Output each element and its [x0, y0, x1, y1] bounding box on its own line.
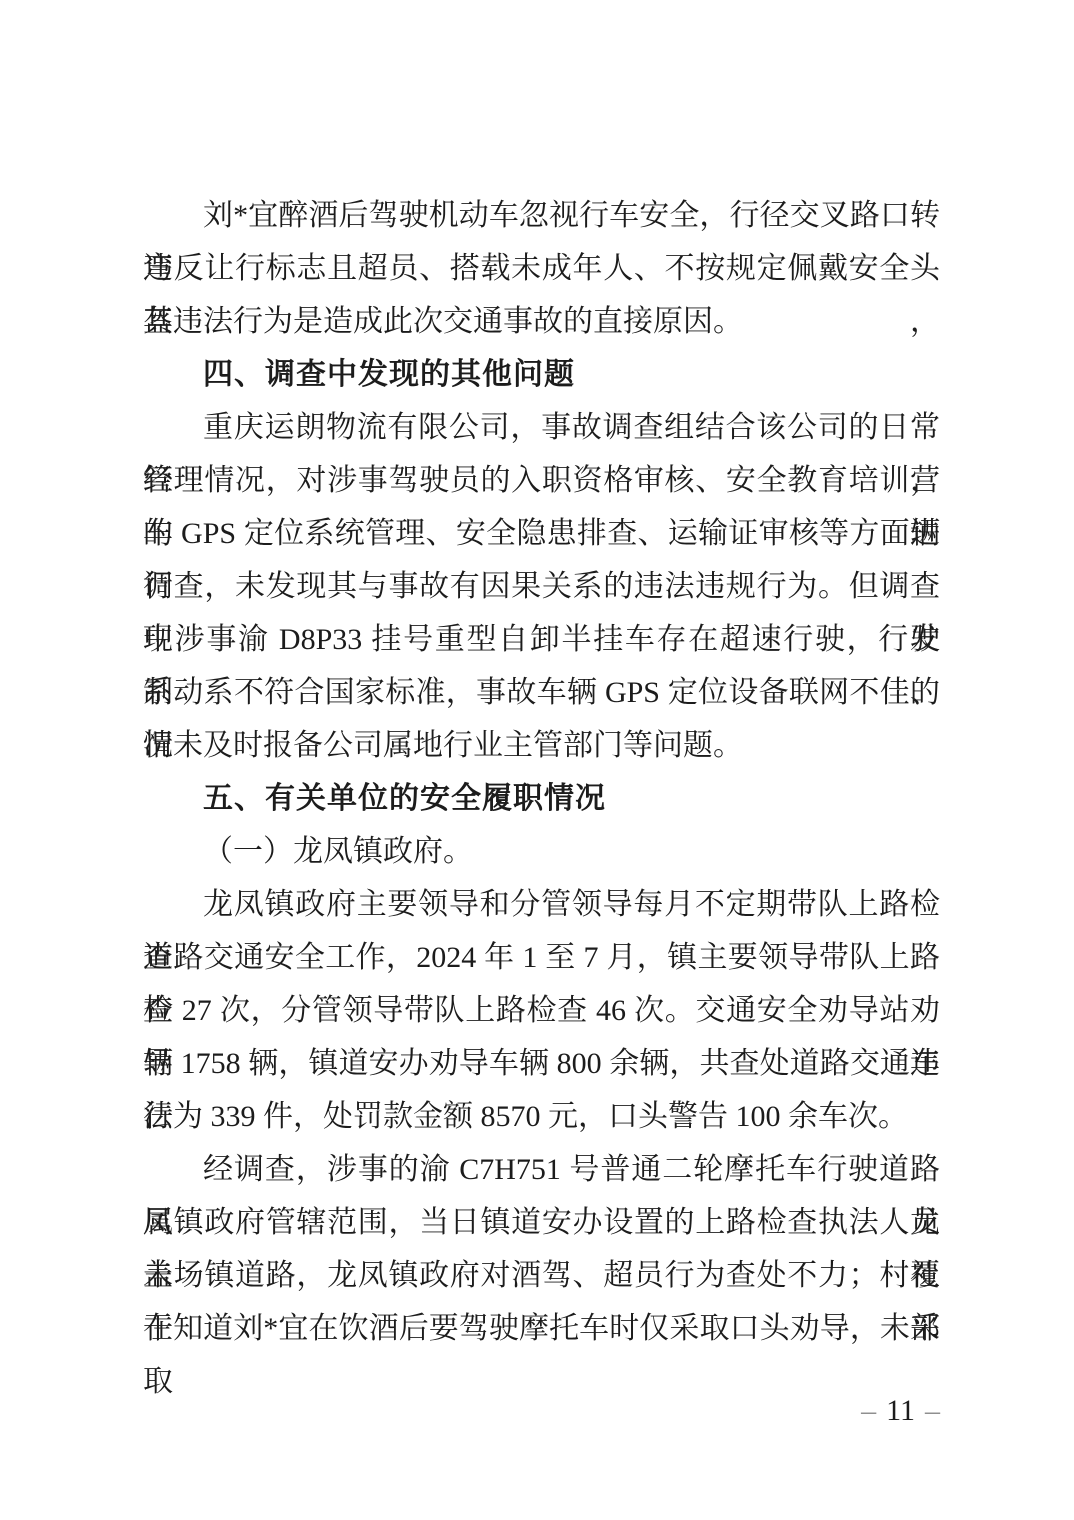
page-number-dash-right: –: [925, 1394, 940, 1427]
document-page: 刘*宜醉酒后驾驶机动车忽视行车安全，行径交叉路口转弯违反让行标志且超员、搭载未成…: [0, 0, 1074, 1520]
text-line: 辆 1758 辆，镇道安办劝导车辆 800 余辆，共查处道路交通违法: [143, 1037, 940, 1090]
text-line: 凤镇政府管辖范围，当日镇道安办设置的上路检查执法人员未覆: [143, 1196, 940, 1249]
text-line: 现涉事渝 D8P33 挂号重型自卸半挂车存在超速行驶，行驶系、: [143, 613, 940, 666]
subsection-heading: （一）龙凤镇政府。: [143, 825, 940, 878]
text-line: 况未及时报备公司属地行业主管部门等问题。: [143, 719, 940, 772]
page-number-dash-left: –: [861, 1394, 876, 1427]
text-line: 盖场镇道路，龙凤镇政府对酒驾、超员行为查处不力；村社干部: [143, 1249, 940, 1302]
page-number: –11–: [861, 1396, 940, 1426]
text-line: 的 GPS 定位系统管理、安全隐患排查、运输证审核等方面进行: [143, 507, 940, 560]
section-heading: 四、调查中发现的其他问题: [143, 348, 940, 401]
text-line: 管理情况，对涉事驾驶员的入职资格审核、安全教育培训，车辆: [143, 454, 940, 507]
text-line: 制动系不符合国家标准，事故车辆 GPS 定位设备联网不佳的情: [143, 666, 940, 719]
text-line: 道路交通安全工作，2024 年 1 至 7 月，镇主要领导带队上路检: [143, 931, 940, 984]
section-heading: 五、有关单位的安全履职情况: [143, 772, 940, 825]
text-line: 调查，未发现其与事故有因果关系的违法违规行为。但调查中发: [143, 560, 940, 613]
document-body: 刘*宜醉酒后驾驶机动车忽视行车安全，行径交叉路口转弯违反让行标志且超员、搭载未成…: [143, 189, 940, 1355]
text-line: 重庆运朗物流有限公司，事故调查组结合该公司的日常经营: [143, 401, 940, 454]
text-line: 刘*宜醉酒后驾驶机动车忽视行车安全，行径交叉路口转弯: [143, 189, 940, 242]
text-line: 在知道刘*宜在饮酒后要驾驶摩托车时仅采取口头劝导，未采取: [143, 1302, 940, 1355]
text-line: 经调查，涉事的渝 C7H751 号普通二轮摩托车行驶道路属龙: [143, 1143, 940, 1196]
text-line: 行为 339 件，处罚款金额 8570 元，口头警告 100 余车次。: [143, 1090, 940, 1143]
text-line: 查 27 次，分管领导带队上路检查 46 次。交通安全劝导站劝导车: [143, 984, 940, 1037]
page-number-value: 11: [886, 1394, 915, 1427]
text-line: 违反让行标志且超员、搭载未成年人、不按规定佩戴安全头盔，: [143, 242, 940, 295]
text-line: 龙凤镇政府主要领导和分管领导每月不定期带队上路检查: [143, 878, 940, 931]
